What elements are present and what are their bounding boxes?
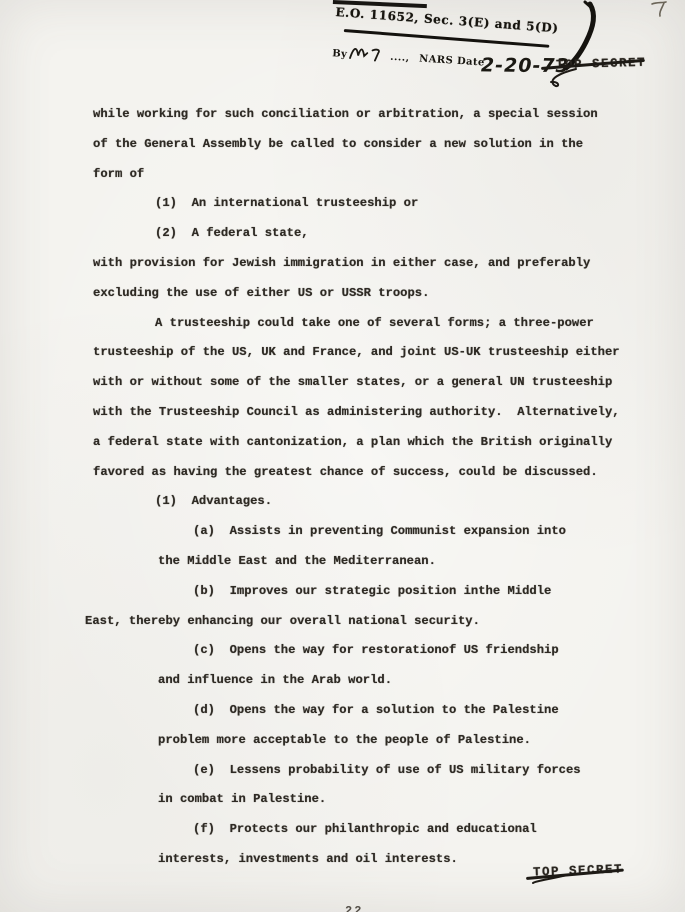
body-line: (1) Advantages.	[93, 487, 653, 517]
body-line: with or without some of the smaller stat…	[93, 368, 653, 398]
body-line: East, thereby enhancing our overall nati…	[85, 607, 653, 637]
body-line: in combat in Palestine.	[93, 785, 653, 815]
body-line: trusteeship of the US, UK and France, an…	[93, 338, 653, 368]
body-line: excluding the use of either US or USSR t…	[93, 279, 653, 309]
body-line: favored as having the greatest chance of…	[93, 458, 653, 488]
body-line: and influence in the Arab world.	[93, 666, 653, 696]
body-line: (c) Opens the way for restorationof US f…	[93, 636, 653, 666]
body-line: with the Trusteeship Council as administ…	[93, 398, 653, 428]
scanned-document-page: E.O. 11652, Sec. 3(E) and 5(D) By...., N…	[0, 0, 685, 912]
body-line: (a) Assists in preventing Communist expa…	[93, 517, 653, 547]
body-line: of the General Assembly be called to con…	[93, 130, 653, 160]
body-line: (b) Improves our strategic position inth…	[93, 577, 653, 607]
strike-squiggle-bottom-icon	[531, 873, 571, 889]
strike-squiggle-top-icon	[546, 67, 580, 93]
body-line: (2) A federal state,	[93, 219, 653, 249]
body-line: while working for such conciliation or a…	[93, 100, 653, 130]
body-line: A trusteeship could take one of several …	[93, 309, 653, 339]
stamp-nars-label: NARS Date	[419, 54, 485, 69]
body-line: (1) An international trusteeship or	[93, 189, 653, 219]
body-line: problem more acceptable to the people of…	[93, 726, 653, 756]
body-line: (d) Opens the way for a solution to the …	[93, 696, 653, 726]
body-line: a federal state with cantonization, a pl…	[93, 428, 653, 458]
signature-scribble-icon	[348, 43, 391, 66]
body-line: (f) Protects our philanthropic and educa…	[93, 815, 653, 845]
document-body: while working for such conciliation or a…	[93, 100, 653, 875]
body-line: (e) Lessens probability of use of US mil…	[93, 756, 653, 786]
page-number: 22	[345, 904, 363, 912]
corner-pen-mark-icon	[648, 0, 674, 26]
body-line: the Middle East and the Mediterranean.	[93, 547, 653, 577]
stamp-by-label: By	[332, 48, 348, 60]
body-line: form of	[93, 160, 653, 190]
body-line: with provision for Jewish immigration in…	[93, 249, 653, 279]
stamp-dots: ....,	[390, 52, 410, 64]
